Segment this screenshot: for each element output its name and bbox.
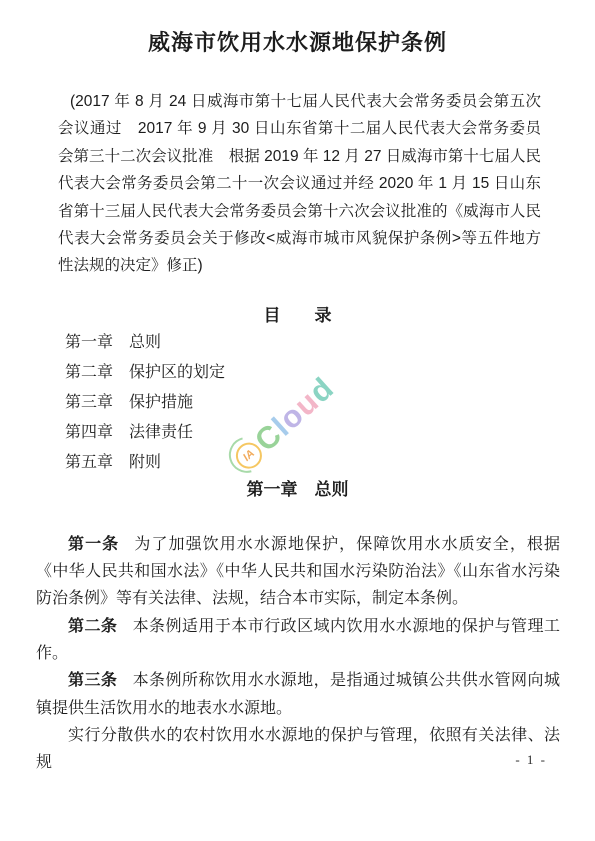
article-1: 第一条为了加强饮用水水源地保护，保障饮用水水质安全，根据《中华人民共和国水法》《… bbox=[36, 531, 560, 613]
article-2-label: 第二条 bbox=[68, 618, 117, 635]
toc-item-chapter4: 第四章 法律责任 bbox=[65, 418, 559, 448]
chapter1-body: 第一条为了加强饮用水水源地保护，保障饮用水水质安全，根据《中华人民共和国水法》《… bbox=[36, 531, 560, 777]
toc-item-chapter2: 第二章 保护区的划定 bbox=[65, 358, 559, 388]
article-3: 第三条本条例所称饮用水水源地，是指通过城镇公共供水管网向城镇提供生活饮用水的地表… bbox=[36, 667, 560, 722]
table-of-contents: 第一章 总则 第二章 保护区的划定 第三章 保护措施 第四章 法律责任 第五章 … bbox=[65, 328, 559, 478]
article-3-continuation: 实行分散供水的农村饮用水水源地的保护与管理，依照有关法律、法规 bbox=[36, 722, 560, 777]
article-3-label: 第三条 bbox=[68, 672, 117, 689]
article-3-continuation-text: 实行分散供水的农村饮用水水源地的保护与管理，依照有关法律、法规 bbox=[36, 727, 560, 771]
page-title: 威海市饮用水水源地保护条例 bbox=[36, 28, 559, 58]
page-number: - 1 - bbox=[515, 752, 547, 768]
toc-item-chapter1: 第一章 总则 bbox=[65, 328, 559, 358]
preamble-paragraph: (2017 年 8 月 24 日威海市第十七届人民代表大会常务委员会第五次会议通… bbox=[58, 88, 541, 280]
document-page: 威海市饮用水水源地保护条例 (2017 年 8 月 24 日威海市第十七届人民代… bbox=[0, 0, 595, 841]
chapter1-heading: 第一章 总则 bbox=[36, 478, 559, 502]
toc-heading: 目 录 bbox=[36, 304, 559, 328]
toc-item-chapter3: 第三章 保护措施 bbox=[65, 388, 559, 418]
toc-item-chapter5: 第五章 附则 bbox=[65, 448, 559, 478]
article-2: 第二条本条例适用于本市行政区域内饮用水水源地的保护与管理工作。 bbox=[36, 613, 560, 668]
article-1-label: 第一条 bbox=[68, 536, 119, 553]
